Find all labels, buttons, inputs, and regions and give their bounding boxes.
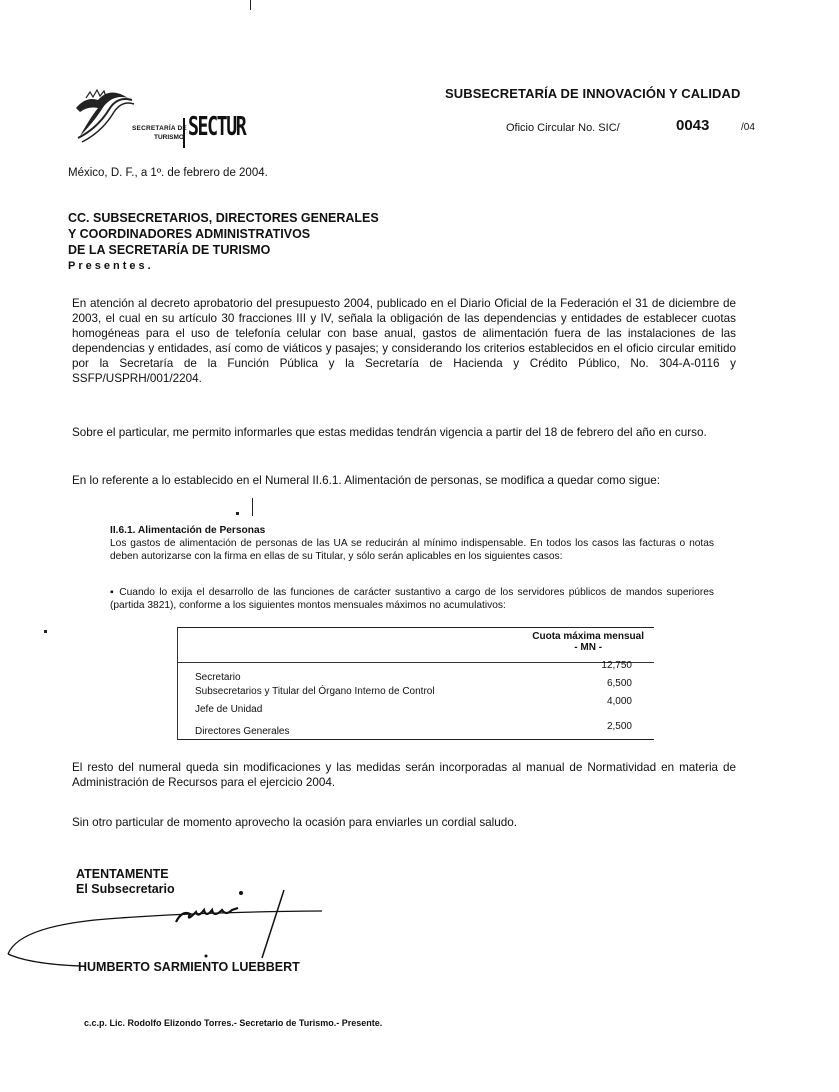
oficio-number: 0043 — [676, 117, 709, 134]
section-bullet: ▪ Cuando lo exija el desarrollo de las f… — [110, 586, 714, 612]
secretaria-de-turismo-emblem-icon — [68, 78, 138, 148]
scan-artifact-dot — [44, 630, 47, 633]
salutation: Presentes. — [68, 258, 379, 274]
addressee-line: CC. SUBSECRETARIOS, DIRECTORES GENERALES — [68, 210, 379, 226]
row-amount: 6,500 — [607, 678, 632, 689]
scan-artifact-line — [250, 0, 251, 10]
addressee-line: DE LA SECRETARÍA DE TURISMO — [68, 242, 379, 258]
logo-brand-sectur: SECTUR — [188, 114, 245, 140]
signatory-name: HUMBERTO SARMIENTO LUEBBERT — [78, 960, 300, 974]
table-row: Directores Generales 2,500 — [195, 726, 644, 739]
row-category: Directores Generales — [195, 726, 289, 737]
scan-artifact-line — [252, 498, 253, 516]
carbon-copy-line: c.c.p. Lic. Rodolfo Elizondo Torres.- Se… — [84, 1018, 382, 1028]
addressee-line: Y COORDINADORES ADMINISTRATIVOS — [68, 226, 379, 242]
logo-text-turismo: TURISMO — [154, 135, 184, 142]
scan-artifact-dot — [236, 512, 239, 515]
section-text: Los gastos de alimentación de personas d… — [110, 537, 714, 563]
row-category: Subsecretarios y Titular del Órgano Inte… — [195, 686, 435, 697]
row-category: Secretario — [195, 672, 241, 683]
quota-table: Cuota máxima mensual - MN - Secretario 1… — [177, 627, 654, 740]
addressee-block: CC. SUBSECRETARIOS, DIRECTORES GENERALES… — [68, 210, 379, 274]
bullet-text: Cuando lo exija el desarrollo de las fun… — [110, 587, 714, 611]
paragraph-numeral-reference: En lo referente a lo establecido en el N… — [72, 473, 736, 488]
sectur-logo: SECRETARÍA DE TURISMO SECTUR — [68, 78, 268, 150]
paragraph-effective-date: Sobre el particular, me permito informar… — [72, 425, 736, 440]
department-heading: SUBSECRETARÍA DE INNOVACIÓN Y CALIDAD — [445, 86, 741, 101]
table-row: Secretario 12,750 — [195, 668, 644, 681]
table-row: Subsecretarios y Titular del Órgano Inte… — [195, 686, 644, 699]
row-amount: 12,750 — [601, 660, 632, 671]
date-line: México, D. F., a 1º. de febrero de 2004. — [68, 167, 268, 179]
paragraph-remainder: El resto del numeral queda sin modificac… — [72, 760, 736, 790]
bullet-icon: ▪ — [110, 587, 119, 598]
column-header-cuota: Cuota máxima mensual - MN - — [532, 631, 644, 653]
paragraph-budget-decree: En atención al decreto aprobatorio del p… — [72, 296, 736, 386]
section-title: II.6.1. Alimentación de Personas — [110, 524, 714, 537]
row-amount: 4,000 — [607, 696, 632, 707]
table-row: Jefe de Unidad 4,000 — [195, 704, 644, 717]
row-amount: 2,500 — [607, 721, 632, 732]
paragraph-farewell: Sin otro particular de momento aprovecho… — [72, 815, 736, 830]
oficio-year: /04 — [741, 122, 755, 133]
logo-text-secretaria: SECRETARÍA DE — [132, 126, 187, 133]
oficio-label: Oficio Circular No. SIC/ — [506, 122, 620, 134]
header-divider — [178, 662, 654, 663]
logo-divider — [183, 118, 185, 148]
row-category: Jefe de Unidad — [195, 704, 262, 715]
